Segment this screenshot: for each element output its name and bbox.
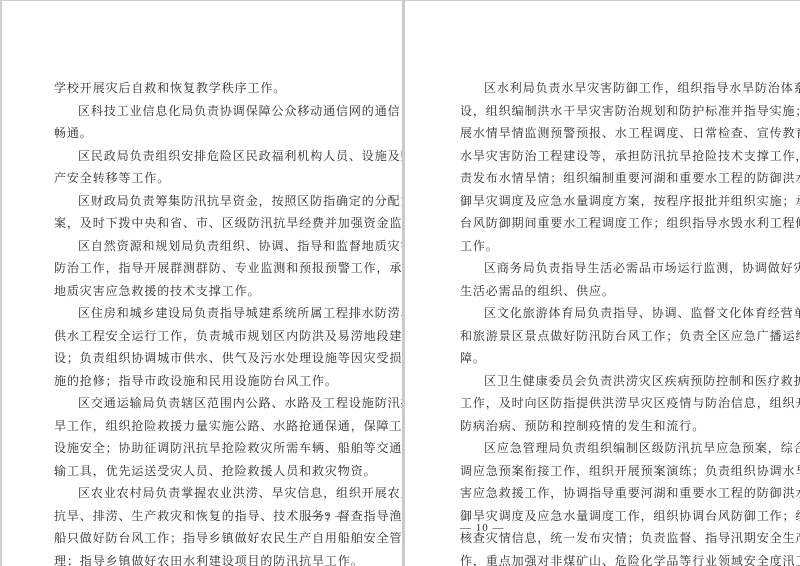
paragraph-first-line: 区交通运输局负责辖区范围内公路、水路及工程设施防汛抗 [54, 392, 346, 415]
text-line: 理；指导乡镇做好农田水利建设项目的防汛抗旱工作。 [54, 550, 346, 566]
paragraph-first-line: 区住房和城乡建设局负责指导城建系统所属工程排水防涝、 [54, 302, 346, 325]
page-number: — 10 — [460, 522, 505, 534]
page-body: 学校开展灾后自救和恢复教学秩序工作。区科技工业信息化局负责协调保障公众移动通信网… [54, 77, 346, 566]
paragraph-first-line: 区财政局负责筹集防汛抗旱资金，按照区防指确定的分配方 [54, 190, 346, 213]
text-line: 御旱灾调度及应急水量调度方案，按程序报批并组织实施；承担 [460, 190, 752, 213]
text-line: 畅通。 [54, 122, 346, 145]
paragraph-first-line: 区自然资源和规划局负责组织、协调、指导和监督地质灾害 [54, 235, 346, 258]
text-line: 害应急救援工作，协调指导重要河湖和重要水工程的防御洪水抗 [460, 482, 752, 505]
text-line: 作，重点加强对非煤矿山、危险化学品等行业领域安全度汛工作 [460, 550, 752, 566]
paragraph-first-line: 区民政局负责组织安排危险区民政福利机构人员、设施及财 [54, 145, 346, 168]
document-viewer: 学校开展灾后自救和恢复教学秩序工作。区科技工业信息化局负责协调保障公众移动通信网… [0, 0, 800, 566]
text-line: 设，组织编制洪水干旱灾害防治规划和防护标准并指导实施；开 [460, 100, 752, 123]
text-line: 船只做好防台风工作；指导乡镇做好农民生产自用船舶安全管 [54, 527, 346, 550]
page-10: 区水利局负责水旱灾害防御工作，组织指导水旱防治体系建设，组织编制洪水干旱灾害防治… [405, 1, 800, 566]
paragraph-first-line: 区文化旅游体育局负责指导、协调、监督文化体育经营单位 [460, 302, 752, 325]
text-line: 工作。 [460, 235, 752, 258]
text-line: 设；负责组织协调城市供水、供气及污水处理设施等因灾受损设 [54, 347, 346, 370]
text-line: 障。 [460, 347, 752, 370]
text-line: 责发布水情旱情；组织编制重要河湖和重要水工程的防御洪水抗 [460, 167, 752, 190]
text-line: 地质灾害应急救援的技术支撑工作。 [54, 280, 346, 303]
text-line: 设施安全；协助征调防汛抗旱抢险救灾所需车辆、船舶等交通运 [54, 437, 346, 460]
text-line: 水旱灾害防治工程建设等，承担防汛抗旱抢险技术支撑工作，负 [460, 145, 752, 168]
text-line: 抗旱、排涝、生产救灾和恢复的指导、技术服务；督查指导渔业 [54, 505, 346, 528]
text-line: 防治工作，指导开展群测群防、专业监测和预报预警工作，承担 [54, 257, 346, 280]
text-line: 产安全转移等工作。 [54, 167, 346, 190]
text-line: 案，及时下拨中央和省、市、区级防汛抗旱经费并加强资金监管。 [54, 212, 346, 235]
text-line: 施的抢修；指导市政设施和民用设施防台风工作。 [54, 370, 346, 393]
page-body: 区水利局负责水旱灾害防御工作，组织指导水旱防治体系建设，组织编制洪水干旱灾害防治… [460, 77, 752, 566]
paragraph-first-line: 区商务局负责指导生活必需品市场运行监测，协调做好灾区 [460, 257, 752, 280]
text-line: 展水情旱情监测预警预报、水工程调度、日常检查、宣传教育、 [460, 122, 752, 145]
text-line: 输工具，优先运送受灾人员、抢险救援人员和救灾物资。 [54, 460, 346, 483]
text-line: 旱工作，组织抢险救援力量实施公路、水路抢通保通，保障工程 [54, 415, 346, 438]
text-line: 调应急预案衔接工作，组织开展预案演练；负责组织协调水旱灾 [460, 460, 752, 483]
text-line: 台风防御期间重要水工程调度工作；组织指导水毁水利工程修复 [460, 212, 752, 235]
text-line: 防病治病、预防和控制疫情的发生和流行。 [460, 415, 752, 438]
text-line: 学校开展灾后自救和恢复教学秩序工作。 [54, 77, 346, 100]
paragraph-first-line: 区水利局负责水旱灾害防御工作，组织指导水旱防治体系建 [460, 77, 752, 100]
page-9: 学校开展灾后自救和恢复教学秩序工作。区科技工业信息化局负责协调保障公众移动通信网… [2, 1, 402, 566]
paragraph-first-line: 区卫生健康委员会负责洪涝灾区疾病预防控制和医疗救护 [460, 370, 752, 393]
paragraph-first-line: 区农业农村局负责掌握农业洪涝、旱灾信息，组织开展农业 [54, 482, 346, 505]
text-line: 供水工程安全运行工作，负责城市规划区内防洪及易涝地段建 [54, 325, 346, 348]
page-number: — 9 — [309, 510, 347, 522]
text-line: 生活必需品的组织、供应。 [460, 280, 752, 303]
paragraph-first-line: 区应急管理局负责组织编制区级防汛抗旱应急预案，综合协 [460, 437, 752, 460]
text-line: 工作，及时向区防指提供洪涝旱灾区疫情与防治信息，组织开展 [460, 392, 752, 415]
text-line: 和旅游景区景点做好防汛防台风工作；负责全区应急广播运维保 [460, 325, 752, 348]
paragraph-first-line: 区科技工业信息化局负责协调保障公众移动通信网的通信 [54, 100, 346, 123]
